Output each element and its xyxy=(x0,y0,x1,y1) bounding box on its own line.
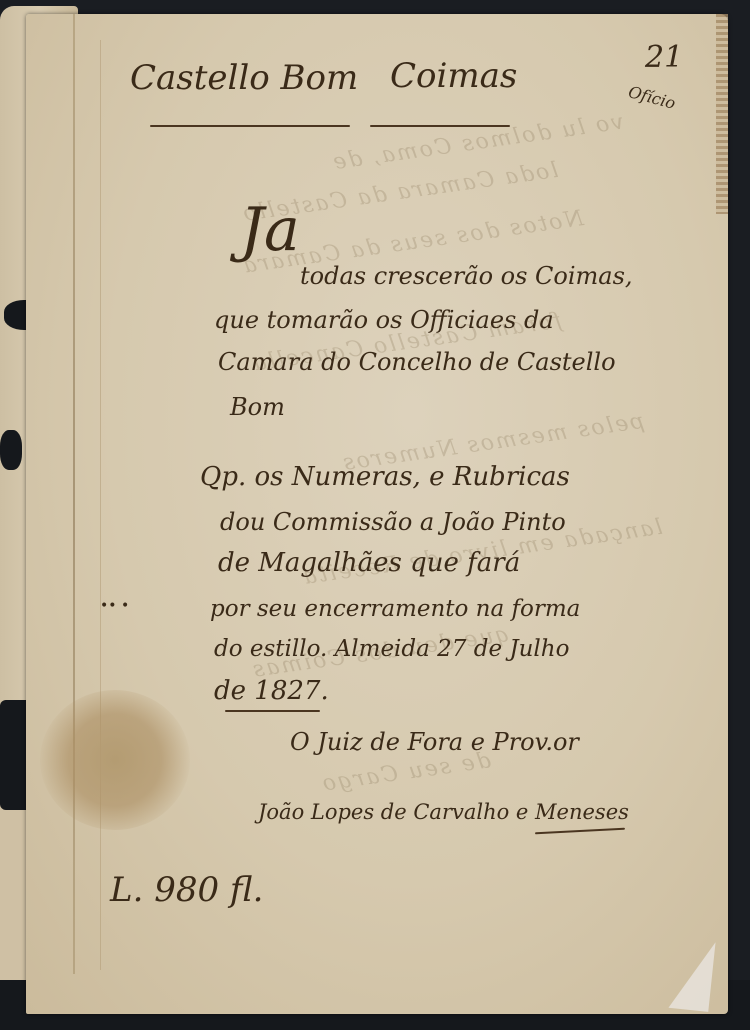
corner-curl xyxy=(668,938,715,1012)
frayed-edge xyxy=(716,14,728,214)
signature-title: O Juiz de Fora e Prov.or xyxy=(290,728,579,756)
header-left-title: Castello Bom xyxy=(130,58,358,98)
body-line: por seu encerramento na forma xyxy=(210,596,580,622)
signature-name: João Lopes de Carvalho e Meneses xyxy=(258,800,629,824)
body-line: de Magalhães que fará xyxy=(218,548,520,578)
header-right-title: Coimas xyxy=(390,56,517,96)
date-year: de 1827. xyxy=(214,676,329,706)
back-leaf-fragment xyxy=(0,790,28,980)
page-number: 21 xyxy=(645,40,683,75)
body-line: que tomarão os Officiaes da xyxy=(214,306,554,334)
margin-mark: •• • xyxy=(100,598,129,614)
body-line: Qp. os Numeras, e Rubricas xyxy=(200,462,570,492)
body-line: Camara do Concelho de Castello xyxy=(218,348,616,376)
underline xyxy=(150,125,350,127)
water-stain xyxy=(40,690,190,830)
footer-note: L. 980 fl. xyxy=(110,870,263,910)
underline xyxy=(225,710,320,712)
body-line: Bom xyxy=(230,393,285,421)
underline xyxy=(370,125,510,127)
body-line: do estillo. Almeida 27 de Julho xyxy=(214,636,569,662)
body-line: dou Commissão a João Pinto xyxy=(220,508,566,536)
margin-rule xyxy=(100,40,101,970)
paper-tear xyxy=(0,430,22,470)
body-line: Ja xyxy=(240,195,300,265)
body-line: todas crescerão os Coimas, xyxy=(300,262,633,290)
page-fold xyxy=(73,14,75,974)
